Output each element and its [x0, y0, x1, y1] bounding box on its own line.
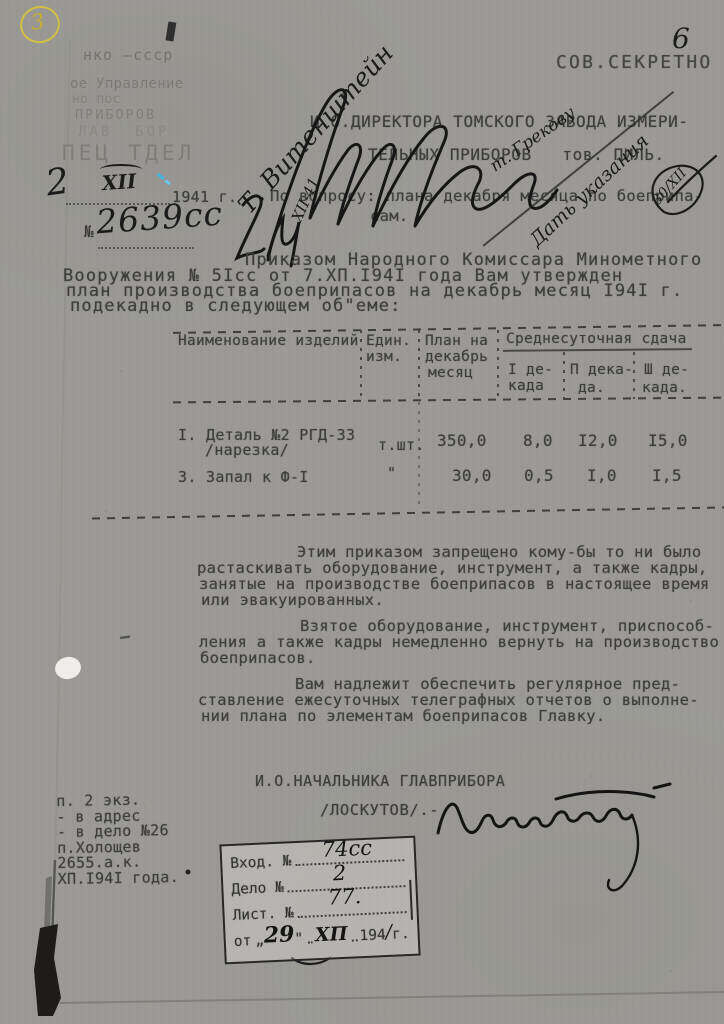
col-header-decade2b: да. [578, 380, 605, 396]
letterhead-line-5: ЛАВ БОР [78, 124, 169, 140]
stamp-dotted-line [307, 941, 313, 943]
subject-line-2: сам. [370, 207, 409, 225]
col-header-decade2: П дека- [570, 362, 633, 378]
subject-line-1: По вопросу: плана декабря месяца по боеп… [270, 187, 703, 205]
classification-stamp: СОВ.СЕКРЕТНО [556, 52, 712, 73]
hw-month-overline [100, 164, 142, 175]
letterhead-line-1: нко —ссср [83, 46, 173, 64]
stamp-row-date: от „ 29 " ХП 194 / г. [233, 920, 410, 950]
letterhead-line-4: ПРИБОРОВ [75, 107, 156, 123]
table-col-separator [497, 330, 499, 399]
row-decade2: I2,0 [578, 431, 618, 450]
paragraph-line: или эвакуированных. [201, 591, 384, 609]
stamp-double-border [409, 880, 413, 920]
row-name: 3. Запал к Ф-I [178, 468, 309, 486]
number-label: № [84, 222, 94, 241]
stamp-row-case: Дело № 2 [231, 868, 408, 898]
row-plan: 350,0 [437, 431, 487, 450]
number-dotted-line [98, 247, 194, 249]
col-header-name: Наименование изделий [178, 333, 359, 349]
stamp-year-suffix: г. [392, 926, 410, 943]
row-plan: 30,0 [452, 466, 492, 485]
paragraph-line: боеприпасов. [200, 649, 316, 667]
row-decade3: I,5 [652, 466, 682, 485]
signatory-name: /ЛОСКУТОВ/.- [320, 801, 439, 819]
stamp-hw-value: 2 [332, 861, 346, 886]
table-subcol-separator [633, 352, 635, 399]
stamp-row-sheet: Лист. № 77. [232, 894, 409, 924]
stamp-hw-day: 29 [263, 921, 295, 948]
letterhead-line-3: но пос [72, 92, 121, 107]
col-header-avg: Среднесуточная сдача [506, 331, 687, 347]
letterhead-line-2: ое Управление [70, 76, 183, 92]
stamp-quote: " [294, 931, 303, 947]
document-page: 3 6 СОВ.СЕКРЕТНО нко —ссср ое Управление… [0, 0, 724, 1024]
registration-stamp: Вход. № 74сс Дело № 2 Лист. № 77. от „ 2… [219, 836, 420, 965]
stamp-dotted-line [298, 911, 407, 918]
row-name-2: /нарезка/ [205, 441, 289, 459]
stamp-hw-value: 74сс [321, 836, 372, 862]
row-unit: " [387, 464, 396, 482]
stamp-hw-month: ХП [314, 923, 348, 946]
intro-line: подекадно в следующем об"еме: [70, 296, 402, 316]
page-number: 6 [672, 22, 690, 55]
row-decade2: I,0 [587, 466, 617, 485]
table-col-separator [360, 330, 362, 399]
col-header-unit: Един. [366, 333, 411, 349]
copies-note: п. 2 экз. - в адрес - в дело №26 п.Холощ… [56, 792, 179, 888]
col-header-decade1b: када [508, 378, 544, 394]
table-col-separator-lower [418, 402, 420, 506]
paragraph-line: нии плана по элементам боеприпасов Главк… [201, 707, 606, 725]
copies-line: ХП.I94I года. [58, 870, 180, 888]
col-header-plan3: месяц [428, 365, 473, 381]
stamp-label: Вход. № [230, 853, 292, 872]
row-unit: т.шт. [378, 436, 425, 454]
col-header-decade3: Ш де- [644, 362, 689, 378]
stamp-hw-value: 77. [327, 884, 361, 909]
stamp-label: от [233, 933, 251, 950]
stamp-dotted-line [352, 939, 358, 941]
col-header-plan2: декабрь [425, 349, 488, 365]
signatory-title: И.О.НАЧАЛЬНИКА ГЛАВПРИБОРА [255, 772, 505, 790]
stamp-row-incoming: Вход. № 74сс [230, 842, 407, 872]
table-subcol-separator [563, 352, 565, 399]
row-decade1: 8,0 [523, 431, 553, 450]
table-col-separator [418, 330, 420, 399]
letterhead-line-6: ПЕЦ ТДЕЛ [62, 141, 195, 165]
row-decade3: I5,0 [648, 431, 688, 450]
col-header-unit2: изм. [366, 349, 402, 365]
col-header-decade3b: када. [642, 380, 687, 396]
col-header-plan: План на [425, 333, 488, 349]
row-decade1: 0,5 [524, 466, 554, 485]
col-header-decade1: I де- [508, 362, 553, 378]
stamp-year: 194 [359, 927, 386, 944]
stamp-label: Дело № [231, 880, 284, 898]
addressee-line-1: И.О.ДИРЕКТОРА ТОМСКОГО ЗАВОДА ИЗМЕРИ- [310, 112, 689, 131]
